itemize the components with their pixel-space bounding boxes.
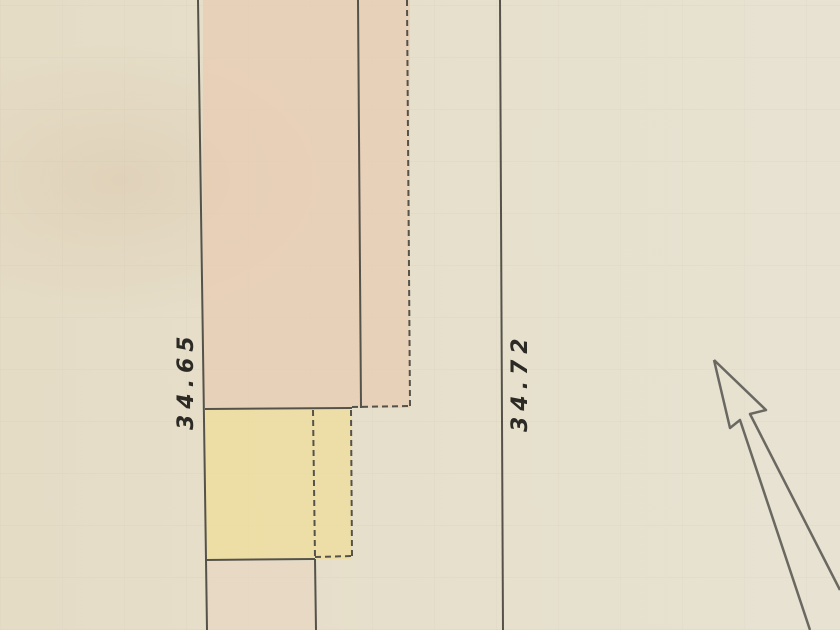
pink-parcel [203, 0, 410, 408]
north-arrow-icon [714, 360, 840, 630]
lower-parcel-strip [207, 561, 315, 630]
dimension-label-left: 34.65 [174, 330, 199, 430]
yellow-parcel [206, 410, 352, 559]
yellow-dashed-right [351, 410, 352, 556]
lower-inner-line [315, 559, 316, 630]
right-lot-line [500, 0, 503, 630]
pink-bottom-line [205, 408, 352, 409]
yellow-bottom-line [206, 559, 315, 560]
plat-drawing [0, 0, 840, 630]
dimension-label-right: 34.72 [508, 332, 533, 432]
